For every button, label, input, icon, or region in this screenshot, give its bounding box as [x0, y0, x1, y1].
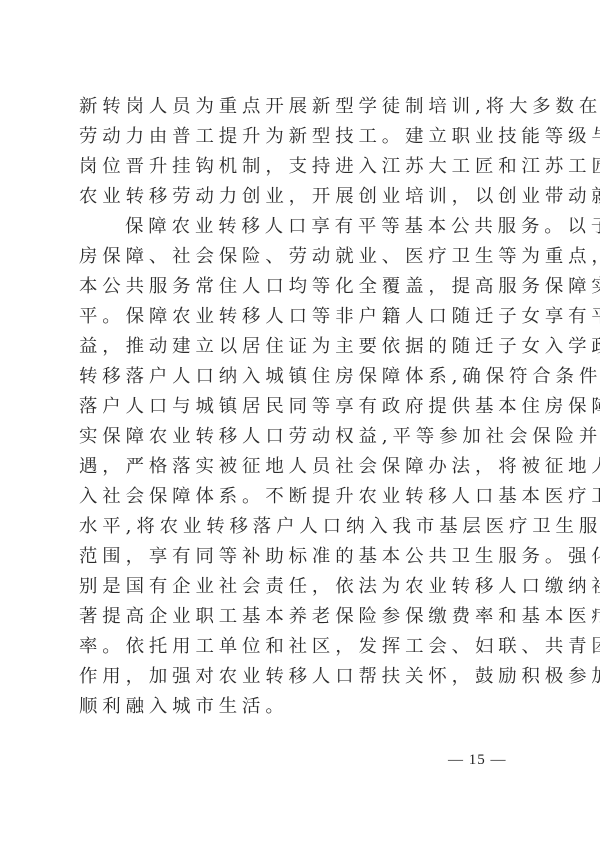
text-line: 范围，享有同等补助标准的基本公共卫生服务。强化用人单位特	[79, 542, 523, 572]
text-line: 率。依托用工单位和社区，发挥工会、妇联、共青团及社会组织	[79, 632, 523, 662]
text-line: 水平,将农业转移落户人口纳入我市基层医疗卫生服务体系管理	[79, 512, 523, 542]
text-line: 实保障农业转移人口劳动权益,平等参加社会保险并享受相关待	[79, 422, 523, 452]
text-line-first: 保障农业转移人口享有平等基本公共服务。以子女教育、住	[79, 212, 523, 242]
text-line: 益，推动建立以居住证为主要依据的随迁子女入学政策。将农业	[79, 332, 523, 362]
document-page: 新转岗人员为重点开展新型学徒制培训,将大多数在岗农业转移 劳动力由普工提升为新型…	[0, 0, 600, 848]
paragraph-1: 新转岗人员为重点开展新型学徒制培训,将大多数在岗农业转移 劳动力由普工提升为新型…	[79, 92, 523, 212]
body-text: 新转岗人员为重点开展新型学徒制培训,将大多数在岗农业转移 劳动力由普工提升为新型…	[79, 92, 523, 722]
text-line: 新转岗人员为重点开展新型学徒制培训,将大多数在岗农业转移	[79, 92, 523, 122]
text-line: 本公共服务常住人口均等化全覆盖，提高服务保障实际享有水	[79, 272, 523, 302]
text-line: 房保障、社会保险、劳动就业、医疗卫生等为重点，持续推进基	[79, 242, 523, 272]
text-line: 落户人口与城镇居民同等享有政府提供基本住房保障的权利。切	[79, 392, 523, 422]
text-line: 入社会保障体系。不断提升农业转移人口基本医疗卫生健康服务	[79, 482, 523, 512]
text-line: 农业转移劳动力创业，开展创业培训，以创业带动就业。	[79, 182, 523, 212]
text-line: 顺利融入城市生活。	[79, 692, 523, 722]
text-line: 别是国有企业社会责任，依法为农业转移人口缴纳社会保险，显	[79, 572, 523, 602]
text-line: 岗位晋升挂钩机制，支持进入江苏大工匠和江苏工匠行列。支持	[79, 152, 523, 182]
text-line: 劳动力由普工提升为新型技工。建立职业技能等级与薪资待遇、	[79, 122, 523, 152]
text-line: 著提高企业职工基本养老保险参保缴费率和基本医疗保险参保	[79, 602, 523, 632]
text-line: 遇，严格落实被征地人员社会保障办法，将被征地人员按规定纳	[79, 452, 523, 482]
text-line: 作用，加强对农业转移人口帮扶关怀，鼓励积极参加社区活动，	[79, 662, 523, 692]
page-number: — 15 —	[448, 752, 507, 769]
paragraph-2: 保障农业转移人口享有平等基本公共服务。以子女教育、住 房保障、社会保险、劳动就业…	[79, 212, 523, 722]
text-line: 平。保障农业转移人口等非户籍人口随迁子女享有平等的教育权	[79, 302, 523, 332]
text-line: 转移落户人口纳入城镇住房保障体系,确保符合条件的农业转移	[79, 362, 523, 392]
